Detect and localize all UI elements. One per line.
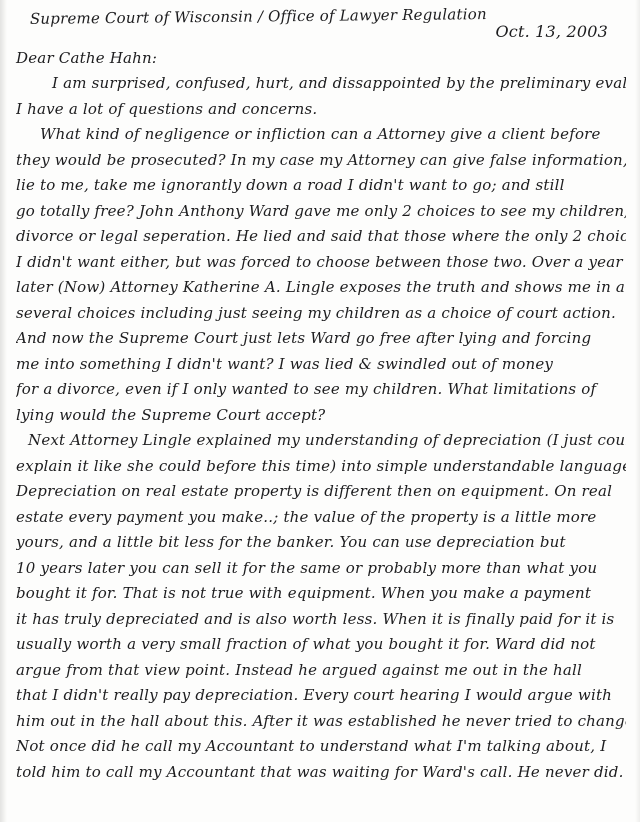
letter-line: him out in the hall about this. After it…: [16, 709, 626, 735]
letter-line: Next Attorney Lingle explained my unders…: [16, 428, 626, 454]
letter-line: Depreciation on real estate property is …: [16, 479, 626, 505]
letter-line: several choices including just seeing my…: [16, 301, 626, 327]
letter-header: Supreme Court of Wisconsin / Office of L…: [16, 10, 626, 41]
letter-line: later (Now) Attorney Katherine A. Lingle…: [16, 275, 626, 301]
letter-line: lying would the Supreme Court accept?: [16, 403, 626, 429]
letter-line: yours, and a little bit less for the ban…: [16, 530, 626, 556]
letter-line: 10 years later you can sell it for the s…: [16, 556, 626, 582]
letter-line: usually worth a very small fraction of w…: [16, 632, 626, 658]
letter-line: lie to me, take me ignorantly down a roa…: [16, 173, 626, 199]
letter-line: What kind of negligence or infliction ca…: [16, 122, 626, 148]
letter-line: I have a lot of questions and concerns.: [16, 97, 626, 123]
letter-line: argue from that view point. Instead he a…: [16, 658, 626, 684]
letter-line: explain it like she could before this ti…: [16, 454, 626, 480]
letter-line: go totally free? John Anthony Ward gave …: [16, 199, 626, 225]
letter-line: told him to call my Accountant that was …: [16, 760, 626, 786]
letter-line: bought it for. That is not true with equ…: [16, 581, 626, 607]
letter-line: for a divorce, even if I only wanted to …: [16, 377, 626, 403]
letter-line: it has truly depreciated and is also wor…: [16, 607, 626, 633]
letter-line: I am surprised, confused, hurt, and diss…: [16, 71, 626, 97]
letter-page: Supreme Court of Wisconsin / Office of L…: [0, 0, 640, 822]
letter-line: they would be prosecuted? In my case my …: [16, 148, 626, 174]
letter-line: Not once did he call my Accountant to un…: [16, 734, 626, 760]
letter-line: that I didn't really pay depreciation. E…: [16, 683, 626, 709]
letter-line: me into something I didn't want? I was l…: [16, 352, 626, 378]
letter-line: divorce or legal seperation. He lied and…: [16, 224, 626, 250]
letter-line: And now the Supreme Court just lets Ward…: [16, 326, 626, 352]
recipient-organization: Supreme Court of Wisconsin / Office of L…: [16, 5, 487, 28]
letter-date: Oct. 13, 2003: [495, 22, 626, 41]
letter-line: I didn't want either, but was forced to …: [16, 250, 626, 276]
letter-line: estate every payment you make..; the val…: [16, 505, 626, 531]
salutation: Dear Cathe Hahn:: [16, 45, 626, 71]
